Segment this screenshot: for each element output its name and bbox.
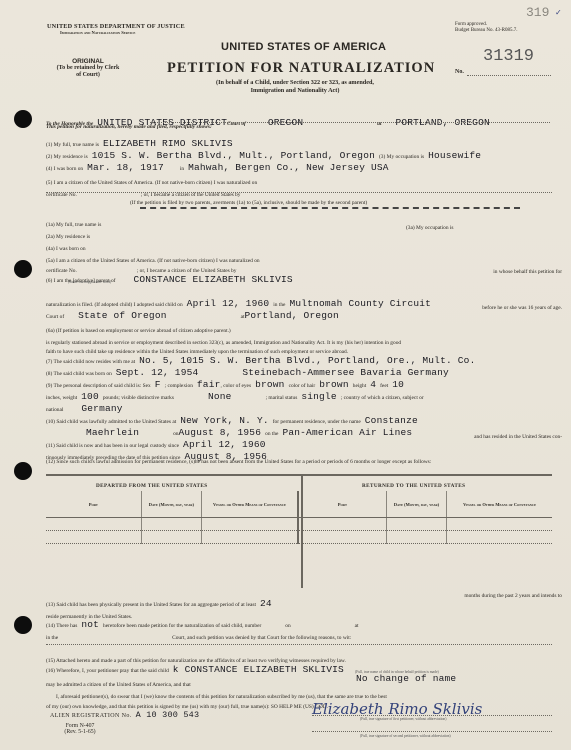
column-header: Date (Month, day, year) xyxy=(386,491,446,518)
l6-tail: in whose behalf this petition for xyxy=(493,269,562,275)
line-adopt-2: Court of State of Oregon atPortland, Ore… xyxy=(46,305,562,315)
sig1-caption: (Full, true signature of first petitione… xyxy=(360,717,446,721)
l13-tail: months during the past 2 years and inten… xyxy=(464,593,562,599)
line-5: (5) I am a citizen of the United States … xyxy=(46,171,562,181)
divider xyxy=(46,192,552,193)
line-1a: (1a) My full, true name is xyxy=(46,213,562,223)
line-2: (2) My residence is 1015 S. W. Bertha Bl… xyxy=(46,145,562,155)
column-header: Date (Month, day, year) xyxy=(141,491,201,518)
line-2a: (2a) My residence is(3a) My occupation i… xyxy=(46,225,562,235)
naturalization-petition-page: UNITED STATES DEPARTMENT OF JUSTICE Immi… xyxy=(0,0,571,750)
in-the-label-14: in the xyxy=(46,635,58,641)
table-cell[interactable] xyxy=(298,518,386,531)
table-cell[interactable] xyxy=(386,531,446,544)
checkmark-icon: ✓ xyxy=(555,8,562,17)
dashed-strike xyxy=(140,207,520,209)
line-16: (16) Wherefore, I, your petitioner pray … xyxy=(46,659,562,669)
punch-hole xyxy=(14,462,32,480)
table-body xyxy=(46,518,552,544)
line-6a: (6a) (If petition is based on employment… xyxy=(46,319,562,329)
table-cell[interactable] xyxy=(202,531,298,544)
line-14b: in the Court, and such petition was deni… xyxy=(46,626,562,636)
petition-number: 31319 xyxy=(483,47,534,66)
table-cell[interactable] xyxy=(141,518,201,531)
line-1: (1) My full, true name is ELIZABETH RIMO… xyxy=(46,133,562,143)
table-row xyxy=(46,531,552,544)
line-15: (15) Attached hereto and made a part of … xyxy=(46,649,562,659)
l3a-label: (3a) My occupation is xyxy=(406,225,453,231)
punch-hole xyxy=(14,616,32,634)
department-name: UNITED STATES DEPARTMENT OF JUSTICE xyxy=(47,23,185,30)
column-header: Vessel or Other Means of Conveyance xyxy=(447,491,552,518)
table-cell[interactable] xyxy=(386,518,446,531)
table-top-rule xyxy=(46,474,552,476)
line-adopt: naturalization is filed. (If adopted chi… xyxy=(46,293,562,303)
adopt-tail: before he or she was 16 years of age. xyxy=(482,305,562,311)
column-header: Port xyxy=(46,491,141,518)
line-7: (7) The said child now resides with me a… xyxy=(46,350,562,360)
page-subtitle: (In behalf of a Child, under Section 322… xyxy=(160,79,430,96)
line-10b: Maehrlein onAugust 8, 1956 on the Pan-Am… xyxy=(46,422,562,432)
l14-line-2: Court, and such petition was denied by t… xyxy=(172,635,351,641)
number-line xyxy=(467,75,551,76)
subtitle-line-2: Immigration and Nationality Act) xyxy=(160,87,430,95)
l11-tail: and has resided in the United States con… xyxy=(474,434,562,440)
line-11b: tinuously immediately preceding the date… xyxy=(46,446,562,456)
line-14: (14) There has not heretofore been made … xyxy=(46,614,562,624)
line-4: (4) I was born on Mar. 18, 1917 in Mahwa… xyxy=(46,157,562,167)
oath-line-1: I, aforesaid petitioner(s), do swear tha… xyxy=(56,685,562,695)
country-heading: UNITED STATES OF AMERICA xyxy=(221,41,386,53)
alien-number-field[interactable]: A 10 300 543 xyxy=(136,710,200,720)
divider-14 xyxy=(46,644,552,645)
column-header: Port xyxy=(298,491,386,518)
name-change-field[interactable]: No change of name xyxy=(356,673,456,684)
page-title: PETITION FOR NATURALIZATION xyxy=(167,60,435,77)
table-cell[interactable] xyxy=(298,531,386,544)
corner-number: 319 xyxy=(526,5,549,20)
punch-hole xyxy=(14,110,32,128)
table-cell[interactable] xyxy=(202,518,298,531)
line-4a: (4a) I was born on xyxy=(46,237,562,247)
strike-note: (Strike out inapplicable word) xyxy=(68,280,111,284)
line-6a-body-2: faith to have such child take up residen… xyxy=(46,340,562,350)
line-11: (11) Said child is now and has been in o… xyxy=(46,434,562,444)
departed-title: DEPARTED FROM THE UNITED STATES xyxy=(96,484,208,490)
service-name: Immigration and Naturalization Service xyxy=(60,30,135,35)
table-cell[interactable] xyxy=(46,518,141,531)
absence-table: PortDate (Month, day, year)Vessel or Oth… xyxy=(46,491,552,544)
table-cell[interactable] xyxy=(46,531,141,544)
form-approved: Form approved. xyxy=(455,22,487,28)
table-cell[interactable] xyxy=(447,518,552,531)
preamble: This petition for naturalization, hereby… xyxy=(46,124,212,130)
budget-bureau: Budget Bureau No. 43-R085.7. xyxy=(455,28,518,34)
form-rev: (Rev. 5-1-65) xyxy=(50,729,110,735)
line-5a: (5a) I am a citizen of the United States… xyxy=(46,249,562,259)
sig2-caption: (Full, true signature of second petition… xyxy=(360,734,451,738)
form-number: Form N-407 (Rev. 5-1-65) xyxy=(50,723,110,736)
returned-title: RETURNED TO THE UNITED STATES xyxy=(362,484,465,490)
court-underline xyxy=(150,122,550,123)
punch-hole xyxy=(14,260,32,278)
alien-line: ALIEN REGISTRATION No. A 10 300 543 xyxy=(50,704,562,714)
original-label: ORIGINAL (To be retained by Clerk of Cou… xyxy=(48,58,128,79)
column-header: Vessel or Other Means of Conveyance xyxy=(202,491,298,518)
table-row xyxy=(46,518,552,531)
table-header-row: PortDate (Month, day, year)Vessel or Oth… xyxy=(46,491,552,518)
line-9c: national Germany xyxy=(46,398,562,408)
table-cell[interactable] xyxy=(447,531,552,544)
second-parent-note: (If the petition is filed by two parents… xyxy=(130,200,367,206)
line-16b: may be admitted a citizen of the United … xyxy=(46,673,562,683)
line-8: (8) The said child was born on Sept. 12,… xyxy=(46,362,562,372)
line-6: (6) I am the [adoptive] parent of CONSTA… xyxy=(46,269,562,279)
sig2-line xyxy=(312,731,552,732)
child-name-field[interactable]: CONSTANCE ELIZABETH SKLIVIS xyxy=(133,274,292,285)
alien-label: ALIEN REGISTRATION No. xyxy=(50,713,132,719)
line-9b: inches, weight 100 pounds; visible disti… xyxy=(46,386,562,396)
court-line: To the Honorable the UNITED STATES DISTR… xyxy=(46,112,562,122)
table-cell[interactable] xyxy=(141,531,201,544)
line-10: (10) Said child was lawfully admitted to… xyxy=(46,410,562,420)
line-13: (13) Said child has been physically pres… xyxy=(46,593,562,603)
sig1-line xyxy=(312,715,552,716)
number-label: No. xyxy=(455,69,464,76)
line-9: (9) The personal description of said chi… xyxy=(46,374,562,384)
subtitle-line-1: (In behalf of a Child, under Section 322… xyxy=(160,79,430,87)
l12-text: (12) Since such child's lawful admission… xyxy=(46,459,552,465)
original-note: (To be retained by Clerk of Court) xyxy=(48,65,128,79)
line-5a-cert: certificate No.; or, I became a citizen … xyxy=(46,259,562,269)
